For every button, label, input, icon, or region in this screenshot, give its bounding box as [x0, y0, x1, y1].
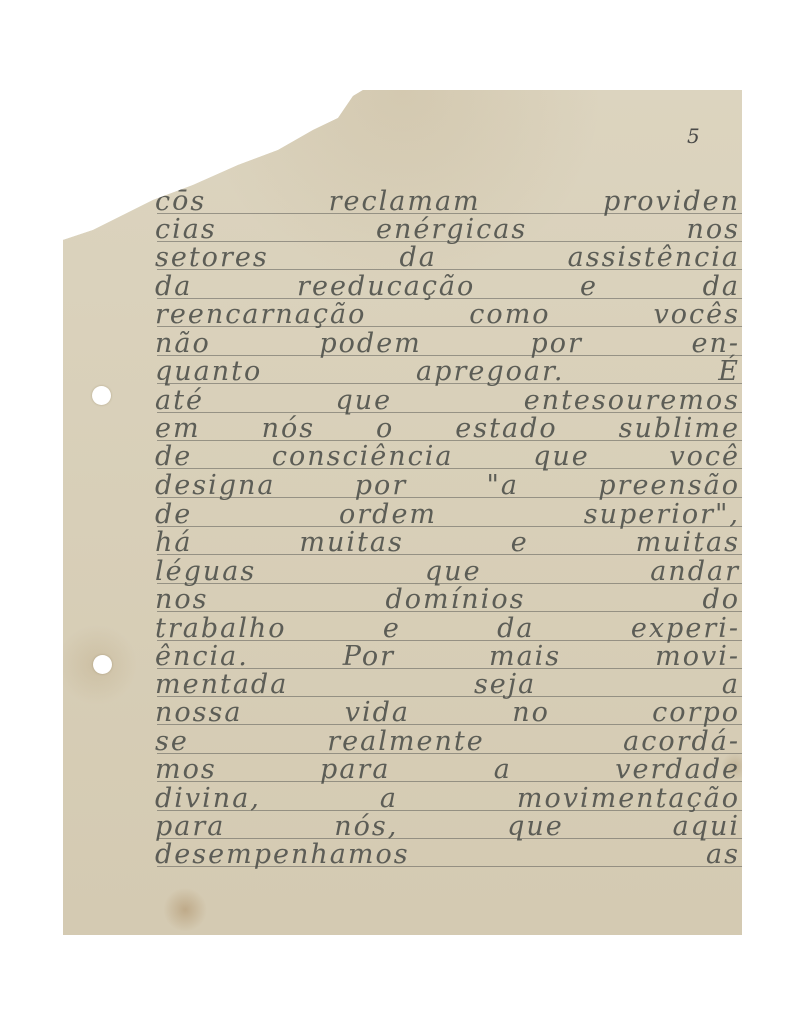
handwritten-line: nos domínios do	[155, 586, 740, 614]
handwritten-line: de consciência que você	[155, 443, 740, 471]
page-number: 5	[687, 124, 700, 148]
handwritten-line: designa por "a preensão	[155, 472, 740, 500]
handwritten-line: há muitas e muitas	[155, 529, 740, 557]
binder-hole-bottom	[93, 655, 112, 674]
handwritten-line: da reeducação e da	[155, 273, 740, 301]
handwritten-line: cōs reclamam providen	[155, 188, 740, 216]
handwritten-line: até que entesouremos	[155, 387, 740, 415]
handwritten-line: léguas que andar	[155, 558, 740, 586]
handwritten-line: para nós, que aqui	[155, 813, 740, 841]
handwritten-line: desempenhamos as	[155, 841, 740, 869]
handwritten-line: quanto apregoar. É	[155, 358, 740, 386]
handwritten-line: trabalho e da experi-	[155, 615, 740, 643]
handwritten-line: se realmente acordá-	[155, 728, 740, 756]
handwritten-line: em nós o estado sublime	[155, 415, 740, 443]
handwritten-line: cias enérgicas nos	[155, 216, 740, 244]
binder-hole-top	[92, 386, 111, 405]
handwritten-line: ência. Por mais movi-	[155, 643, 740, 671]
manuscript-page: 5 cōs reclamam providen cias enérgicas n…	[63, 90, 742, 935]
handwritten-line: setores da assistência	[155, 244, 740, 272]
handwritten-line: mos para a verdade	[155, 756, 740, 784]
handwritten-line: mentada seja a	[155, 671, 740, 699]
handwritten-line: divina, a movimentação	[155, 785, 740, 813]
handwritten-line: de ordem superior",	[155, 501, 740, 529]
handwritten-line: não podem por en-	[155, 330, 740, 358]
handwritten-line: reencarnação como vocês	[155, 301, 740, 329]
handwritten-line: nossa vida no corpo	[155, 699, 740, 727]
